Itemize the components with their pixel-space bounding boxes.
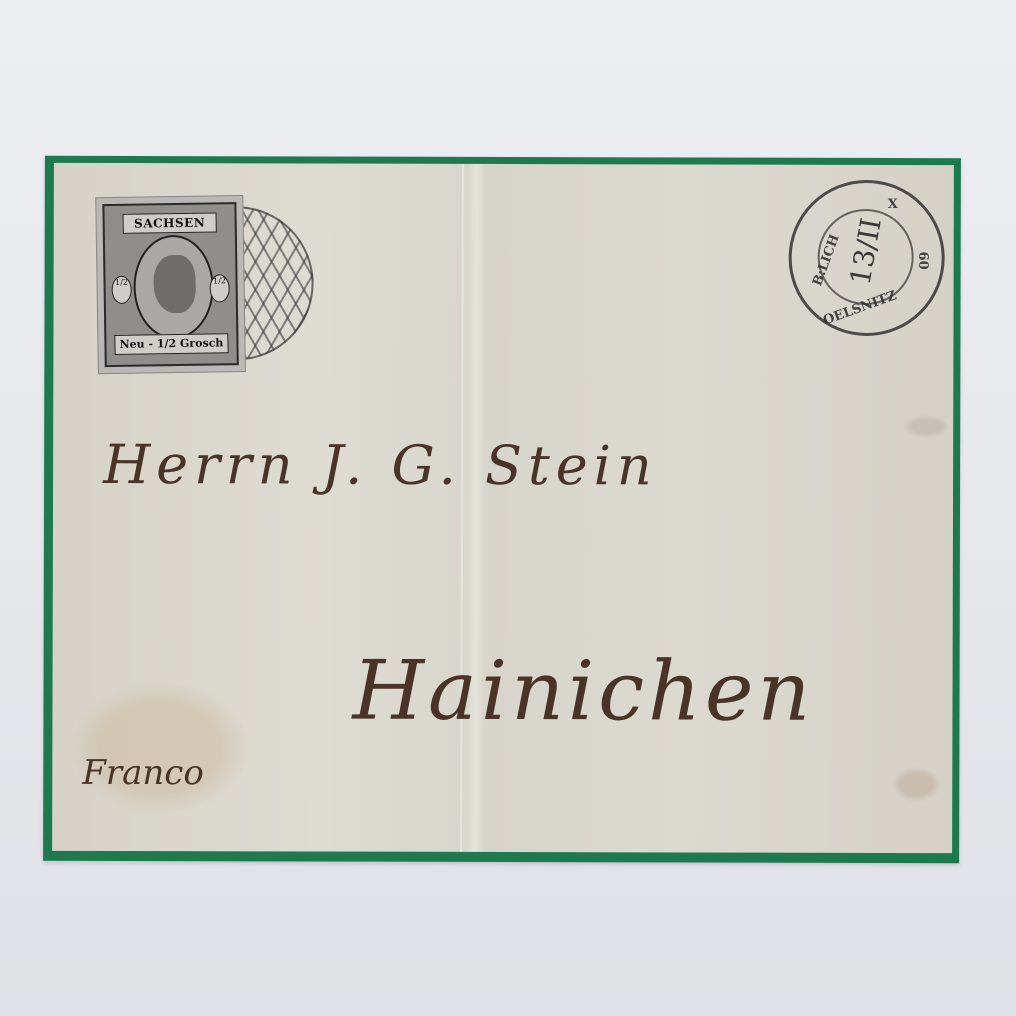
stamp-corner-value-left: 1/2 xyxy=(111,276,131,304)
stamp-portrait-oval xyxy=(133,234,215,339)
fold-line xyxy=(460,164,464,852)
postmark-date: 13/II xyxy=(841,203,890,299)
stamp-frame: SACHSEN 1/2 1/2 Neu - 1/2 Grosch xyxy=(102,202,238,367)
postage-stamp: SACHSEN 1/2 1/2 Neu - 1/2 Grosch xyxy=(95,195,246,374)
circular-postmark: B:LICH OELSNITZ X 60 13/II xyxy=(788,180,944,336)
postmark-year: 60 xyxy=(915,252,930,270)
postmark-inner-ring: 13/II xyxy=(818,209,914,305)
addressee-handwriting: Herrn J. G. Stein xyxy=(103,433,658,497)
franco-notation: Franco xyxy=(82,753,204,793)
postmark-month: II xyxy=(851,215,887,243)
green-mounting-card: SACHSEN 1/2 1/2 Neu - 1/2 Grosch B:LICH … xyxy=(43,156,961,863)
postmark-day: 13 xyxy=(844,247,883,288)
destination-city-handwriting: Hainichen xyxy=(352,644,814,740)
stamp-denomination: Neu - 1/2 Grosch xyxy=(114,333,228,355)
portrait-icon xyxy=(153,255,196,314)
stamp-country: SACHSEN xyxy=(123,212,217,233)
stamp-corner-value-right: 1/2 xyxy=(209,274,229,302)
letter-cover: SACHSEN 1/2 1/2 Neu - 1/2 Grosch B:LICH … xyxy=(52,163,954,853)
